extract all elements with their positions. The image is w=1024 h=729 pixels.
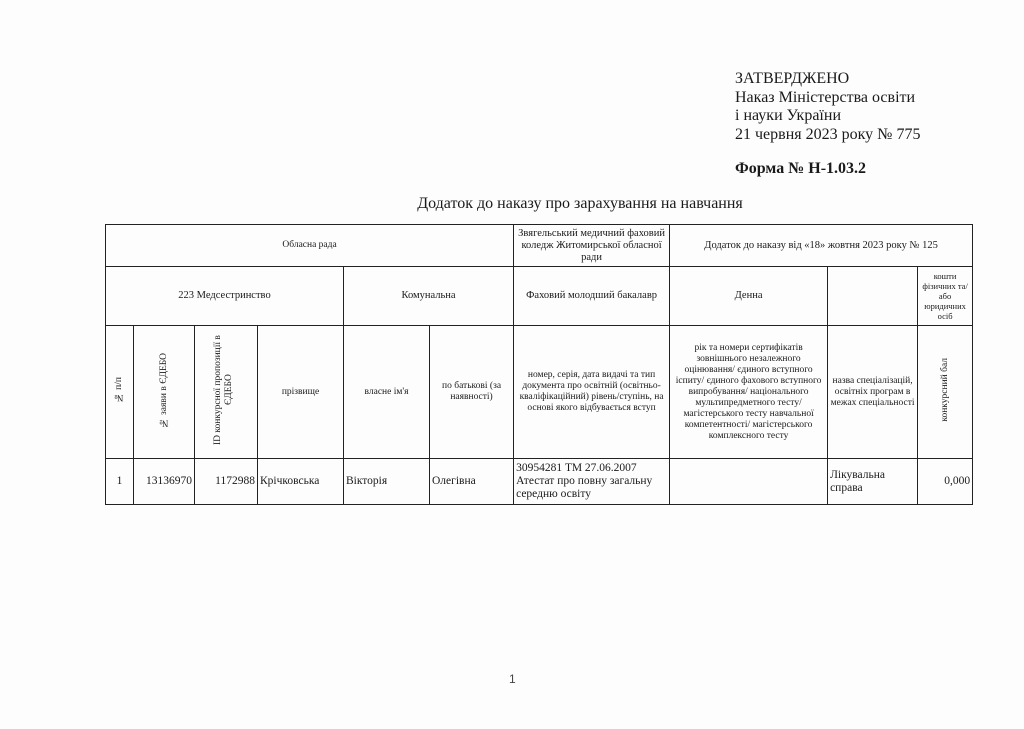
cell-first-name: Вікторія [344,459,430,505]
approval-line: Наказ Міністерства освіти [735,89,920,108]
header-num: № п/п [106,326,134,459]
specialty-cell: 223 Медсестринство [106,267,344,326]
header-certificates: рік та номери сертифікатів зовнішнього н… [670,326,828,459]
institution-cell: Звягельський медичний фаховий коледж Жит… [514,225,670,267]
page-number: 1 [509,672,516,686]
header-offer-id: ID конкурсної пропозиції в ЄДЕБО [195,326,258,459]
approval-line: ЗАТВЕРДЖЕНО [735,70,920,89]
founder-cell: Обласна рада [106,225,514,267]
approval-stamp: ЗАТВЕРДЖЕНО Наказ Міністерства освіти і … [735,70,920,144]
header-document: номер, серія, дата видачі та тип докумен… [514,326,670,459]
empty-cell [828,267,918,326]
document-title: Додаток до наказу про зарахування на нав… [0,195,1024,213]
cell-score: 0,000 [918,459,973,505]
form-number: Форма № Н-1.03.2 [735,160,866,178]
order-cell: Додаток до наказу від «18» жовтня 2023 р… [670,225,973,267]
cell-patronymic: Олегівна [430,459,514,505]
header-score: конкурсний бал [918,326,973,459]
cell-num: 1 [106,459,134,505]
approval-line: і науки України [735,107,920,126]
header-first-name: власне ім'я [344,326,430,459]
header-specialization: назва спеціалізацій, освітніх програм в … [828,326,918,459]
header-surname: прізвище [258,326,344,459]
cell-application-no: 13136970 [134,459,195,505]
funding-cell: кошти фізичних та/або юридичних осіб [918,267,973,326]
header-application-no: № заяви в ЄДЕБО [134,326,195,459]
header-row-program: 223 Медсестринство Комунальна Фаховий мо… [106,267,973,326]
cell-certificates [670,459,828,505]
degree-cell: Фаховий молодший бакалавр [514,267,670,326]
table-row: 1 13136970 1172988 Крічковська Вікторія … [106,459,973,505]
cell-offer-id: 1172988 [195,459,258,505]
column-header-row: № п/п № заяви в ЄДЕБО ID конкурсної проп… [106,326,973,459]
approval-line: 21 червня 2023 року № 775 [735,126,920,145]
header-patronymic: по батькові (за наявності) [430,326,514,459]
cell-surname: Крічковська [258,459,344,505]
ownership-cell: Комунальна [344,267,514,326]
cell-specialization: Лікувальна справа [828,459,918,505]
study-form-cell: Денна [670,267,828,326]
header-row-institution: Обласна рада Звягельський медичний фахов… [106,225,973,267]
enrollment-table: Обласна рада Звягельський медичний фахов… [105,224,973,505]
cell-document: 30954281 ТМ 27.06.2007 Атестат про повну… [514,459,670,505]
